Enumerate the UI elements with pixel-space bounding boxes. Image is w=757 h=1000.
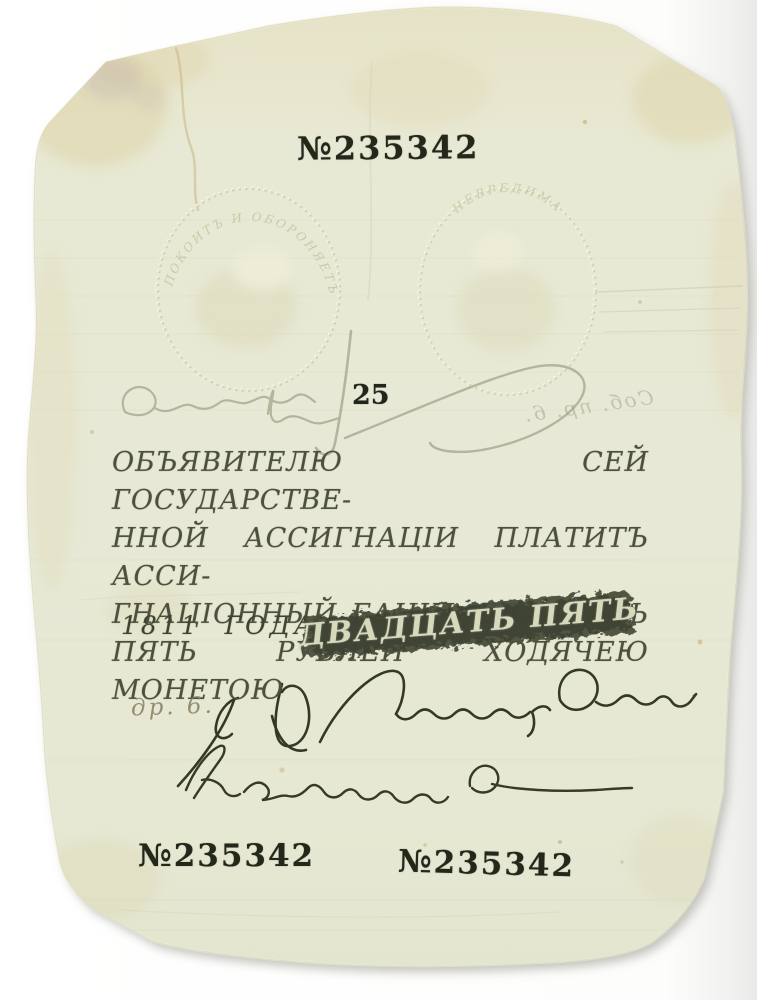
denomination-numeral: 25 bbox=[352, 380, 390, 411]
handwritten-note: др. 6. bbox=[131, 693, 216, 722]
banknote-scan: ПОКОИТЪ И ОБОРОНЯЕТЪ НЕВРЕДИМА bbox=[0, 0, 757, 1000]
stain-top-right bbox=[632, 55, 748, 145]
serial-number-top: №235342 bbox=[297, 128, 480, 168]
serial-number-bottom-right: №235342 bbox=[398, 844, 576, 885]
serial-number-bottom-left: №235342 bbox=[138, 838, 315, 874]
obligation-text: ОБЪЯВИТЕЛЮ СЕЙ ГОСУДАРСТВЕ- ННОЙ АССИГНА… bbox=[112, 444, 649, 710]
obligation-line: ОБЪЯВИТЕЛЮ СЕЙ ГОСУДАРСТВЕ- bbox=[112, 444, 649, 520]
